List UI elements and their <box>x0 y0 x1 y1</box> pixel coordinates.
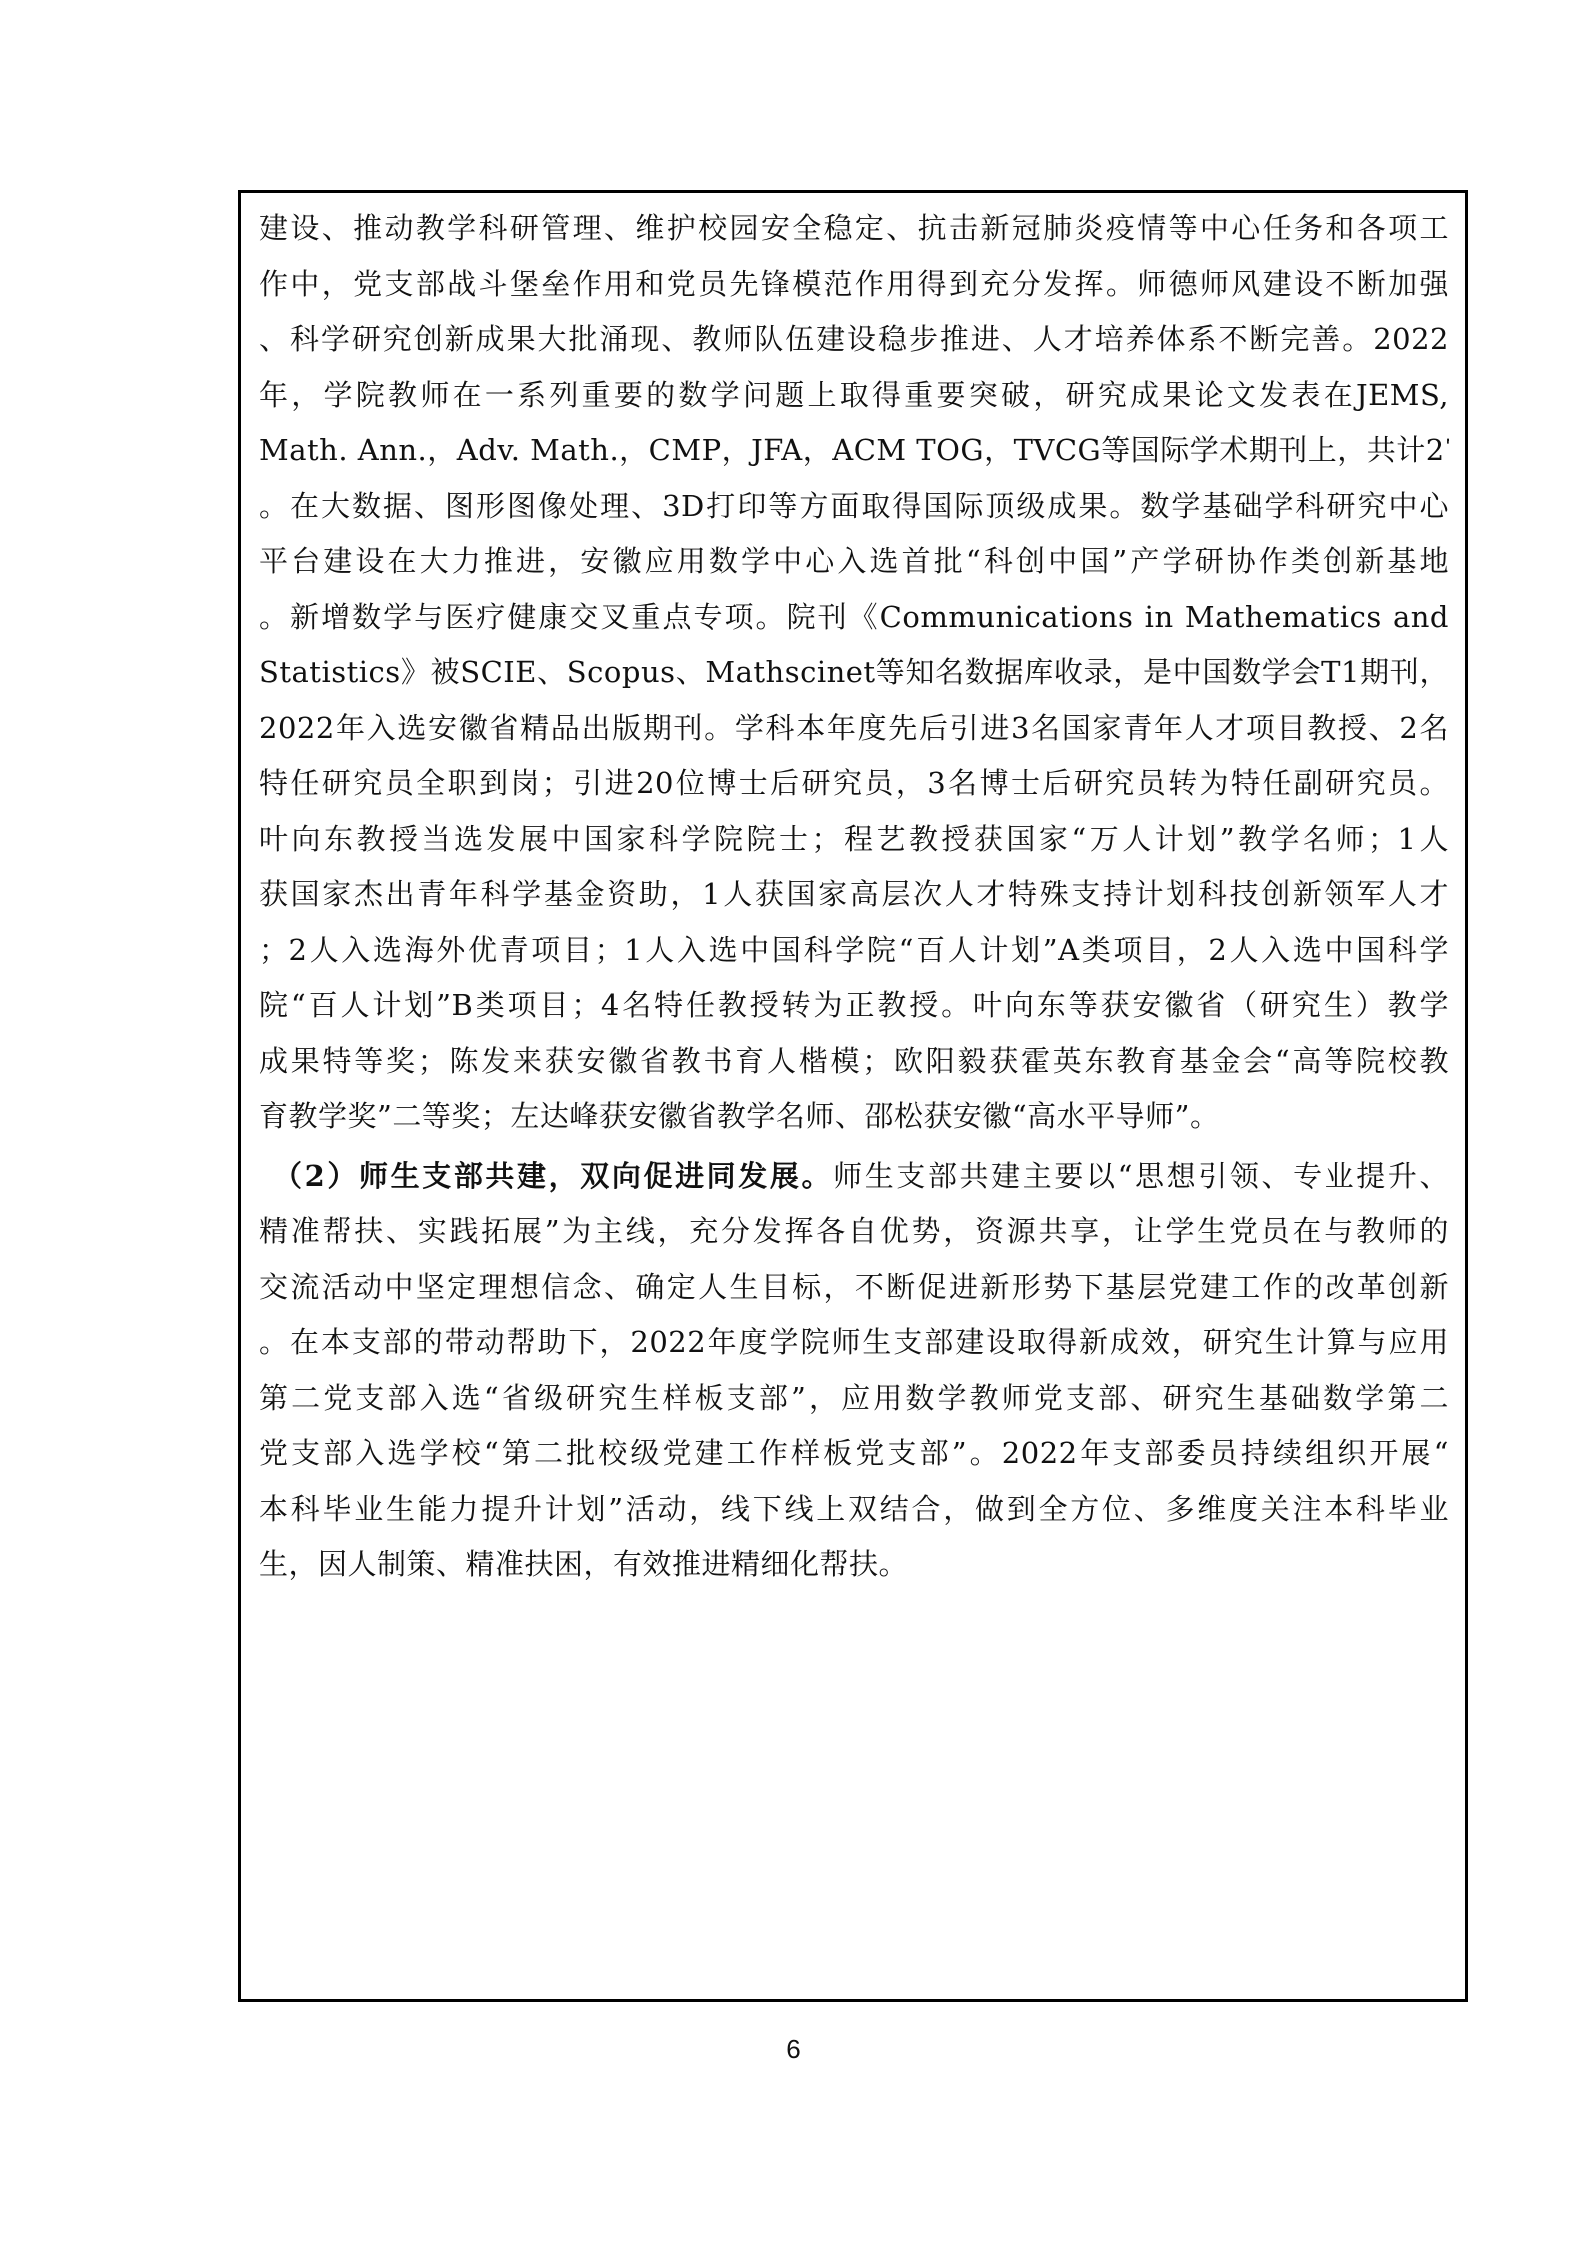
text-line: Statistics》被SCIE、Scopus、Mathscinet等知名数据库… <box>259 645 1449 701</box>
text-line: 。在本支部的带动帮助下，2022年度学院师生支部建设取得新成效，研究生计算与应用 <box>259 1315 1449 1371</box>
document-body: 建设、推动教学科研管理、维护校园安全稳定、抗击新冠肺炎疫情等中心任务和各项工 作… <box>259 201 1449 1593</box>
text-line: 作中，党支部战斗堡垒作用和党员先锋模范作用得到充分发挥。师德师风建设不断加强 <box>259 257 1449 313</box>
section-2-paragraph: （2）师生支部共建，双向促进同发展。师生支部共建主要以“思想引领、专业提升、 精… <box>259 1149 1449 1593</box>
text-line: 、科学研究创新成果大批涌现、教师队伍建设稳步推进、人才培养体系不断完善。2022 <box>259 312 1449 368</box>
text-line: 。新增数学与医疗健康交叉重点专项。院刊《Communications in Ma… <box>259 590 1449 646</box>
text-line: 党支部入选学校“第二批校级党建工作样板党支部”。2022年支部委员持续组织开展“ <box>259 1426 1449 1482</box>
section-heading-line: （2）师生支部共建，双向促进同发展。师生支部共建主要以“思想引领、专业提升、 <box>259 1149 1449 1205</box>
text-line: 成果特等奖；陈发来获安徽省教书育人楷模；欧阳毅获霍英东教育基金会“高等院校教 <box>259 1034 1449 1090</box>
text-line: 精准帮扶、实践拓展”为主线，充分发挥各自优势，资源共享，让学生党员在与教师的 <box>259 1204 1449 1260</box>
text-line: 。在大数据、图形图像处理、3D打印等方面取得国际顶级成果。数学基础学科研究中心 <box>259 479 1449 535</box>
text-line: 平台建设在大力推进，安徽应用数学中心入选首批“科创中国”产学研协作类创新基地 <box>259 534 1449 590</box>
text-line: 年，学院教师在一系列重要的数学问题上取得重要突破，研究成果论文发表在JEMS, <box>259 368 1449 424</box>
text-line: 生，因人制策、精准扶困，有效推进精细化帮扶。 <box>259 1537 1449 1593</box>
text-line: ；2人入选海外优青项目；1人入选中国科学院“百人计划”A类项目，2人入选中国科学 <box>259 923 1449 979</box>
text-line: 获国家杰出青年科学基金资助，1人获国家高层次人才特殊支持计划科技创新领军人才 <box>259 867 1449 923</box>
text-line: 本科毕业生能力提升计划”活动，线下线上双结合，做到全方位、多维度关注本科毕业 <box>259 1482 1449 1538</box>
text-line: 建设、推动教学科研管理、维护校园安全稳定、抗击新冠肺炎疫情等中心任务和各项工 <box>259 201 1449 257</box>
page-number: 6 <box>0 2034 1587 2065</box>
text-line: 叶向东教授当选发展中国家科学院院士；程艺教授获国家“万人计划”教学名师；1人 <box>259 812 1449 868</box>
section-heading-continuation: 师生支部共建主要以“思想引领、专业提升、 <box>833 1159 1449 1193</box>
text-line: 交流活动中坚定理想信念、确定人生目标，不断促进新形势下基层党建工作的改革创新 <box>259 1260 1449 1316</box>
text-line: Math. Ann.，Adv. Math.，CMP，JFA，ACM TOG，TV… <box>259 423 1449 479</box>
text-line: 2022年入选安徽省精品出版期刊。学科本年度先后引进3名国家青年人才项目教授、2… <box>259 701 1449 757</box>
text-line: 特任研究员全职到岗；引进20位博士后研究员，3名博士后研究员转为特任副研究员。 <box>259 756 1449 812</box>
text-line: 院“百人计划”B类项目；4名特任教授转为正教授。叶向东等获安徽省（研究生）教学 <box>259 978 1449 1034</box>
section-heading: （2）师生支部共建，双向促进同发展。 <box>273 1159 833 1193</box>
text-line: 第二党支部入选“省级研究生样板支部”，应用数学教师党支部、研究生基础数学第二 <box>259 1371 1449 1427</box>
text-line: 育教学奖”二等奖；左达峰获安徽省教学名师、邵松获安徽“高水平导师”。 <box>259 1089 1449 1145</box>
content-frame: 建设、推动教学科研管理、维护校园安全稳定、抗击新冠肺炎疫情等中心任务和各项工 作… <box>238 190 1468 2002</box>
section-1-paragraph: 建设、推动教学科研管理、维护校园安全稳定、抗击新冠肺炎疫情等中心任务和各项工 作… <box>259 201 1449 1145</box>
